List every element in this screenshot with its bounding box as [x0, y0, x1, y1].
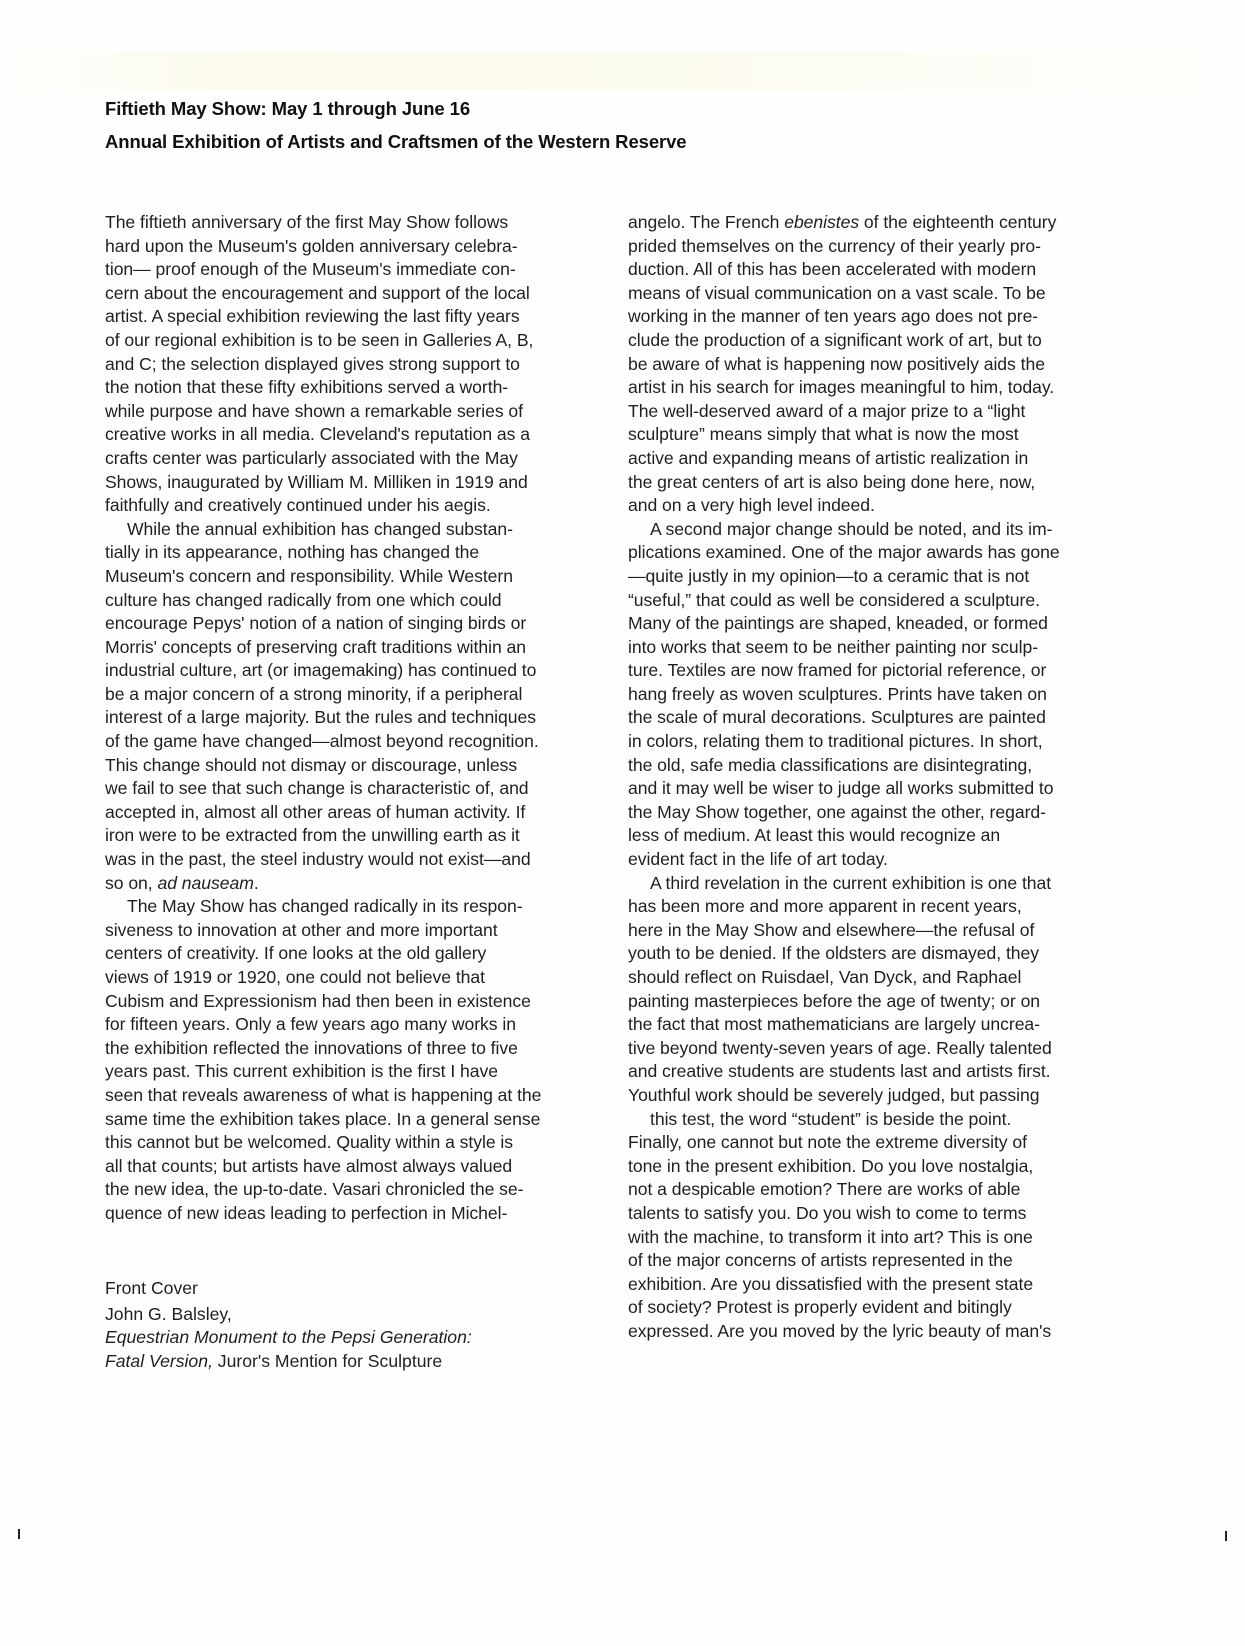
text-line: has been more and more apparent in recen… [628, 895, 1128, 919]
text-line: the exhibition reflected the innovations… [105, 1037, 610, 1061]
text-line: tially in its appearance, nothing has ch… [105, 541, 610, 565]
text-line: expressed. Are you moved by the lyric be… [628, 1320, 1128, 1344]
paragraph-start-line: While the annual exhibition has changed … [105, 518, 610, 542]
text-line: culture has changed radically from one w… [105, 589, 610, 613]
text-line: sculpture” means simply that what is now… [628, 423, 1128, 447]
text-line: seen that reveals awareness of what is h… [105, 1084, 610, 1108]
text-line: encourage Pepys' notion of a nation of s… [105, 612, 610, 636]
crop-mark [1225, 1531, 1227, 1541]
caption-award: Juror's Mention for Sculpture [213, 1351, 442, 1371]
text-line: exhibition. Are you dissatisfied with th… [628, 1273, 1128, 1297]
italic-phrase: ad nauseam [157, 873, 253, 893]
text-line: of society? Protest is properly evident … [628, 1296, 1128, 1320]
text-line-with-italic: so on, ad nauseam. [105, 872, 610, 896]
text-line: artist. A special exhibition reviewing t… [105, 305, 610, 329]
text-line: youth to be denied. If the oldsters are … [628, 942, 1128, 966]
text-line: centers of creativity. If one looks at t… [105, 942, 610, 966]
text-fragment: . [254, 873, 259, 893]
caption-title-line: Equestrian Monument to the Pepsi Generat… [105, 1326, 610, 1350]
paragraph-start-line: A third revelation in the current exhibi… [628, 872, 1128, 896]
text-line: clude the production of a significant wo… [628, 329, 1128, 353]
text-line: the notion that these fifty exhibitions … [105, 376, 610, 400]
right-text-column: angelo. The French ebenistes of the eigh… [628, 211, 1128, 1344]
paragraph-start-line: The May Show has changed radically in it… [105, 895, 610, 919]
text-line: the scale of mural decorations. Sculptur… [628, 706, 1128, 730]
text-line: here in the May Show and elsewhere—the r… [628, 919, 1128, 943]
text-line: in colors, relating them to traditional … [628, 730, 1128, 754]
caption-title-line: Fatal Version, Juror's Mention for Sculp… [105, 1350, 610, 1374]
text-line: prided themselves on the currency of the… [628, 235, 1128, 259]
text-line: while purpose and have shown a remarkabl… [105, 400, 610, 424]
text-line: of the game have changed—almost beyond r… [105, 730, 610, 754]
italic-phrase: ebenistes [784, 212, 859, 232]
text-line: talents to satisfy you. Do you wish to c… [628, 1202, 1128, 1226]
text-line: Youthful work should be severely judged,… [628, 1084, 1128, 1108]
text-line: and it may well be wiser to judge all wo… [628, 777, 1128, 801]
caption-label: Front Cover [105, 1277, 610, 1301]
text-line: This change should not dismay or discour… [105, 754, 610, 778]
text-line: painting masterpieces before the age of … [628, 990, 1128, 1014]
text-line: should reflect on Ruisdael, Van Dyck, an… [628, 966, 1128, 990]
artwork-title: Fatal Version, [105, 1351, 213, 1371]
text-line: Museum's concern and responsibility. Whi… [105, 565, 610, 589]
text-line: duction. All of this has been accelerate… [628, 258, 1128, 282]
text-line: working in the manner of ten years ago d… [628, 305, 1128, 329]
crop-mark [18, 1529, 20, 1539]
text-line: means of visual communication on a vast … [628, 282, 1128, 306]
text-line: with the machine, to transform it into a… [628, 1226, 1128, 1250]
text-line: faithfully and creatively continued unde… [105, 494, 610, 518]
text-line: same time the exhibition takes place. In… [105, 1108, 610, 1132]
page-title: Fiftieth May Show: May 1 through June 16 [105, 98, 1005, 120]
text-line: crafts center was particularly associate… [105, 447, 610, 471]
text-line: iron were to be extracted from the unwil… [105, 824, 610, 848]
text-line-with-italic: angelo. The French ebenistes of the eigh… [628, 211, 1128, 235]
text-line: tive beyond twenty-seven years of age. R… [628, 1037, 1128, 1061]
document-page: Fiftieth May Show: May 1 through June 16… [0, 0, 1245, 1646]
text-line: the old, safe media classifications are … [628, 754, 1128, 778]
text-fragment: of the eighteenth century [859, 212, 1056, 232]
text-line: Morris' concepts of preserving craft tra… [105, 636, 610, 660]
text-line: years past. This current exhibition is t… [105, 1060, 610, 1084]
text-line: The well-deserved award of a major prize… [628, 400, 1128, 424]
text-line: Shows, inaugurated by William M. Millike… [105, 471, 610, 495]
text-line: Cubism and Expressionism had then been i… [105, 990, 610, 1014]
text-line: cern about the encouragement and support… [105, 282, 610, 306]
page-subtitle: Annual Exhibition of Artists and Craftsm… [105, 131, 1005, 153]
text-line: for fifteen years. Only a few years ago … [105, 1013, 610, 1037]
text-line: hang freely as woven sculptures. Prints … [628, 683, 1128, 707]
text-line: and C; the selection displayed gives str… [105, 353, 610, 377]
text-line: Many of the paintings are shaped, kneade… [628, 612, 1128, 636]
text-line: views of 1919 or 1920, one could not bel… [105, 966, 610, 990]
text-line: The fiftieth anniversary of the first Ma… [105, 211, 610, 235]
text-line: hard upon the Museum's golden anniversar… [105, 235, 610, 259]
left-text-column: The fiftieth anniversary of the first Ma… [105, 211, 610, 1226]
text-line: tion— proof enough of the Museum's immed… [105, 258, 610, 282]
text-line: of the major concerns of artists represe… [628, 1249, 1128, 1273]
cover-caption: Front Cover John G. Balsley, Equestrian … [105, 1277, 610, 1373]
text-line: plications examined. One of the major aw… [628, 541, 1128, 565]
text-line: siveness to innovation at other and more… [105, 919, 610, 943]
text-fragment: so on, [105, 873, 157, 893]
text-line: artist in his search for images meaningf… [628, 376, 1128, 400]
text-line: and creative students are students last … [628, 1060, 1128, 1084]
text-line: we fail to see that such change is chara… [105, 777, 610, 801]
text-line: creative works in all media. Cleveland's… [105, 423, 610, 447]
artwork-title: Equestrian Monument to the Pepsi Generat… [105, 1327, 472, 1347]
text-line: evident fact in the life of art today. [628, 848, 1128, 872]
text-line: —quite justly in my opinion—to a ceramic… [628, 565, 1128, 589]
document-header: Fiftieth May Show: May 1 through June 16… [105, 98, 1005, 164]
text-line: tone in the present exhibition. Do you l… [628, 1155, 1128, 1179]
text-line: active and expanding means of artistic r… [628, 447, 1128, 471]
text-line: into works that seem to be neither paint… [628, 636, 1128, 660]
scan-artifact [14, 52, 1229, 90]
text-line: Finally, one cannot but note the extreme… [628, 1131, 1128, 1155]
text-line: accepted in, almost all other areas of h… [105, 801, 610, 825]
text-line: this cannot but be welcomed. Quality wit… [105, 1131, 610, 1155]
paragraph-start-line: A second major change should be noted, a… [628, 518, 1128, 542]
text-line: of our regional exhibition is to be seen… [105, 329, 610, 353]
text-line: ture. Textiles are now framed for pictor… [628, 659, 1128, 683]
text-line: interest of a large majority. But the ru… [105, 706, 610, 730]
text-line: was in the past, the steel industry woul… [105, 848, 610, 872]
text-line: less of medium. At least this would reco… [628, 824, 1128, 848]
text-line: all that counts; but artists have almost… [105, 1155, 610, 1179]
text-line: be a major concern of a strong minority,… [105, 683, 610, 707]
paragraph-start-line: this test, the word “student” is beside … [628, 1108, 1128, 1132]
text-line: the May Show together, one against the o… [628, 801, 1128, 825]
text-line: industrial culture, art (or imagemaking)… [105, 659, 610, 683]
text-line: the great centers of art is also being d… [628, 471, 1128, 495]
text-line: and on a very high level indeed. [628, 494, 1128, 518]
text-line: “useful,” that could as well be consider… [628, 589, 1128, 613]
text-line: the new idea, the up-to-date. Vasari chr… [105, 1178, 610, 1202]
text-line: be aware of what is happening now positi… [628, 353, 1128, 377]
caption-artist: John G. Balsley, [105, 1303, 610, 1327]
text-fragment: angelo. The French [628, 212, 784, 232]
text-line: quence of new ideas leading to perfectio… [105, 1202, 610, 1226]
text-line: not a despicable emotion? There are work… [628, 1178, 1128, 1202]
text-line: the fact that most mathematicians are la… [628, 1013, 1128, 1037]
